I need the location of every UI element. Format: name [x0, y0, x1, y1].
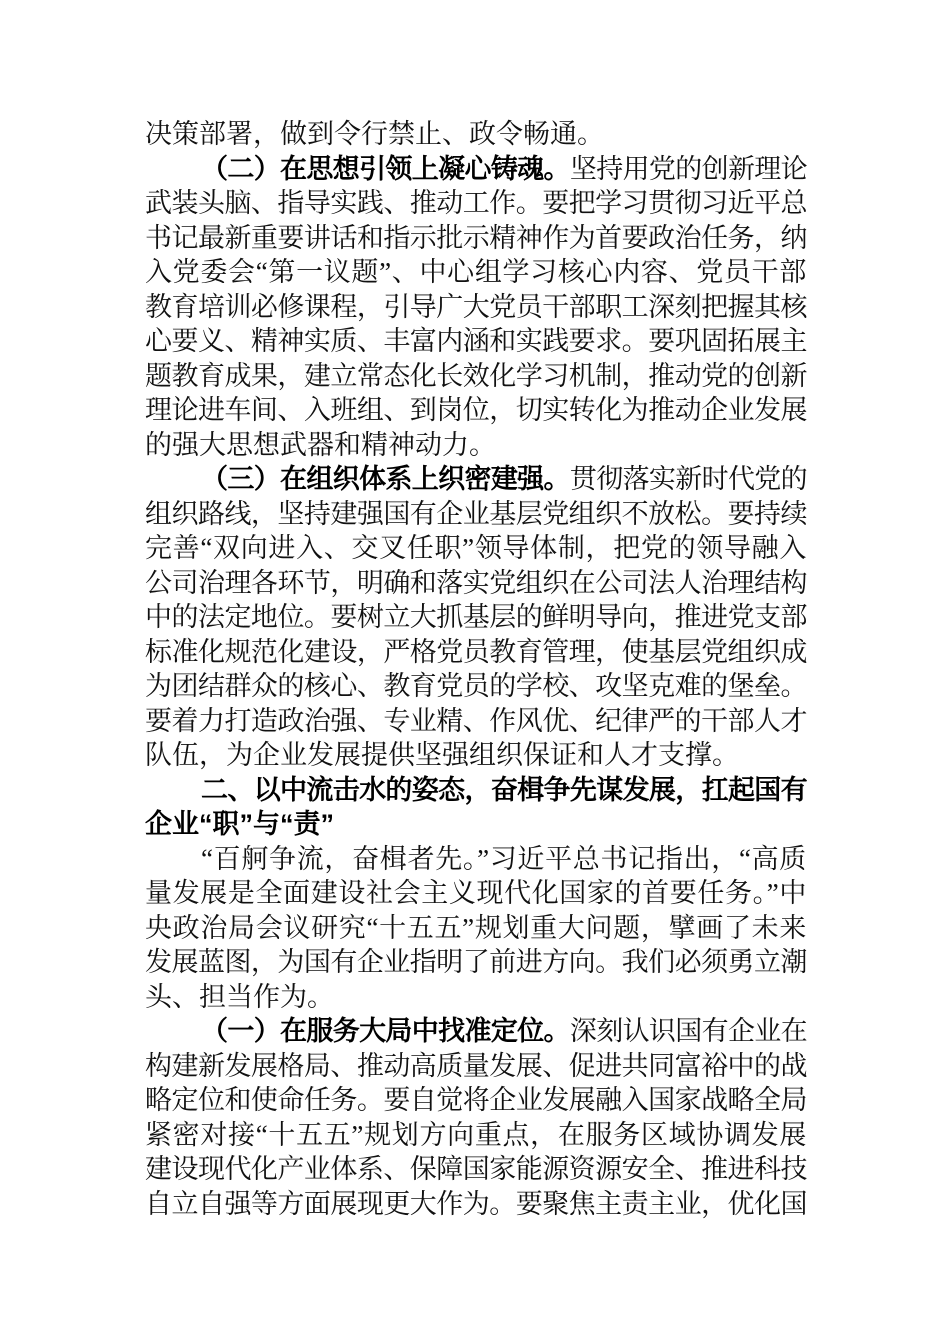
text-line: 头、担当作为。 — [145, 980, 807, 1015]
text-line: 入党委会“第一议题”、中心组学习核心内容、党员干部 — [145, 255, 807, 290]
text-line: 书记最新重要讲话和指示批示精神作为首要政治任务，纳 — [145, 221, 807, 256]
text-line: 为团结群众的核心、教育党员的学校、攻坚克难的堡垒。 — [145, 669, 807, 704]
text-line: “百舸争流，奋楫者先。”习近平总书记指出，“高质 — [145, 842, 807, 877]
text-line: 的强大思想武器和精神动力。 — [145, 428, 807, 463]
subheading-lead: （二）在思想引领上凝心铸魂。 — [201, 154, 570, 184]
text-line: 要着力打造政治强、专业精、作风优、纪律严的干部人才 — [145, 704, 807, 739]
text-line: 建设现代化产业体系、保障国家能源资源安全、推进科技 — [145, 1152, 807, 1187]
text-line: 发展蓝图，为国有企业指明了前进方向。我们必须勇立潮 — [145, 945, 807, 980]
subheading-lead: （一）在服务大局中找准定位。 — [201, 1016, 570, 1046]
document-body: 决策部署，做到令行禁止、政令畅通。（二）在思想引领上凝心铸魂。坚持用党的创新理论… — [145, 117, 807, 1221]
section-heading-line: 二、以中流击水的姿态，奋楫争先谋发展，扛起国有 — [145, 773, 807, 808]
text-line: 题教育成果，建立常态化长效化学习机制，推动党的创新 — [145, 359, 807, 394]
text-line: 决策部署，做到令行禁止、政令畅通。 — [145, 117, 807, 152]
text-line: （二）在思想引领上凝心铸魂。坚持用党的创新理论 — [145, 152, 807, 187]
text-line: 量发展是全面建设社会主义现代化国家的首要任务。”中 — [145, 876, 807, 911]
text-line: 略定位和使命任务。要自觉将企业发展融入国家战略全局 — [145, 1083, 807, 1118]
document-page: 决策部署，做到令行禁止、政令畅通。（二）在思想引领上凝心铸魂。坚持用党的创新理论… — [0, 0, 950, 1344]
text-line: 队伍，为企业发展提供坚强组织保证和人才支撑。 — [145, 738, 807, 773]
text-line: 组织路线，坚持建强国有企业基层党组织不放松。要持续 — [145, 497, 807, 532]
text-line: 标准化规范化建设，严格党员教育管理，使基层党组织成 — [145, 635, 807, 670]
text-line: 中的法定地位。要树立大抓基层的鲜明导向，推进党支部 — [145, 600, 807, 635]
text-line: 心要义、精神实质、丰富内涵和实践要求。要巩固拓展主 — [145, 324, 807, 359]
subheading-lead: （三）在组织体系上织密建强。 — [201, 464, 570, 494]
text-line: 公司治理各环节，明确和落实党组织在公司法人治理结构 — [145, 566, 807, 601]
text-line: 武装头脑、指导实践、推动工作。要把学习贯彻习近平总 — [145, 186, 807, 221]
text-line: 央政治局会议研究“十五五”规划重大问题，擘画了未来 — [145, 911, 807, 946]
text-line: 紧密对接“十五五”规划方向重点，在服务区域协调发展 — [145, 1118, 807, 1153]
text-line: （一）在服务大局中找准定位。深刻认识国有企业在 — [145, 1014, 807, 1049]
text-line: 教育培训必修课程，引导广大党员干部职工深刻把握其核 — [145, 290, 807, 325]
section-heading-line: 企业“职”与“责” — [145, 807, 807, 842]
text-line: 构建新发展格局、推动高质量发展、促进共同富裕中的战 — [145, 1049, 807, 1084]
text-line: 自立自强等方面展现更大作为。要聚焦主责主业，优化国 — [145, 1187, 807, 1222]
text-line: 理论进车间、入班组、到岗位，切实转化为推动企业发展 — [145, 393, 807, 428]
text-line: （三）在组织体系上织密建强。贯彻落实新时代党的 — [145, 462, 807, 497]
text-line: 完善“双向进入、交叉任职”领导体制，把党的领导融入 — [145, 531, 807, 566]
